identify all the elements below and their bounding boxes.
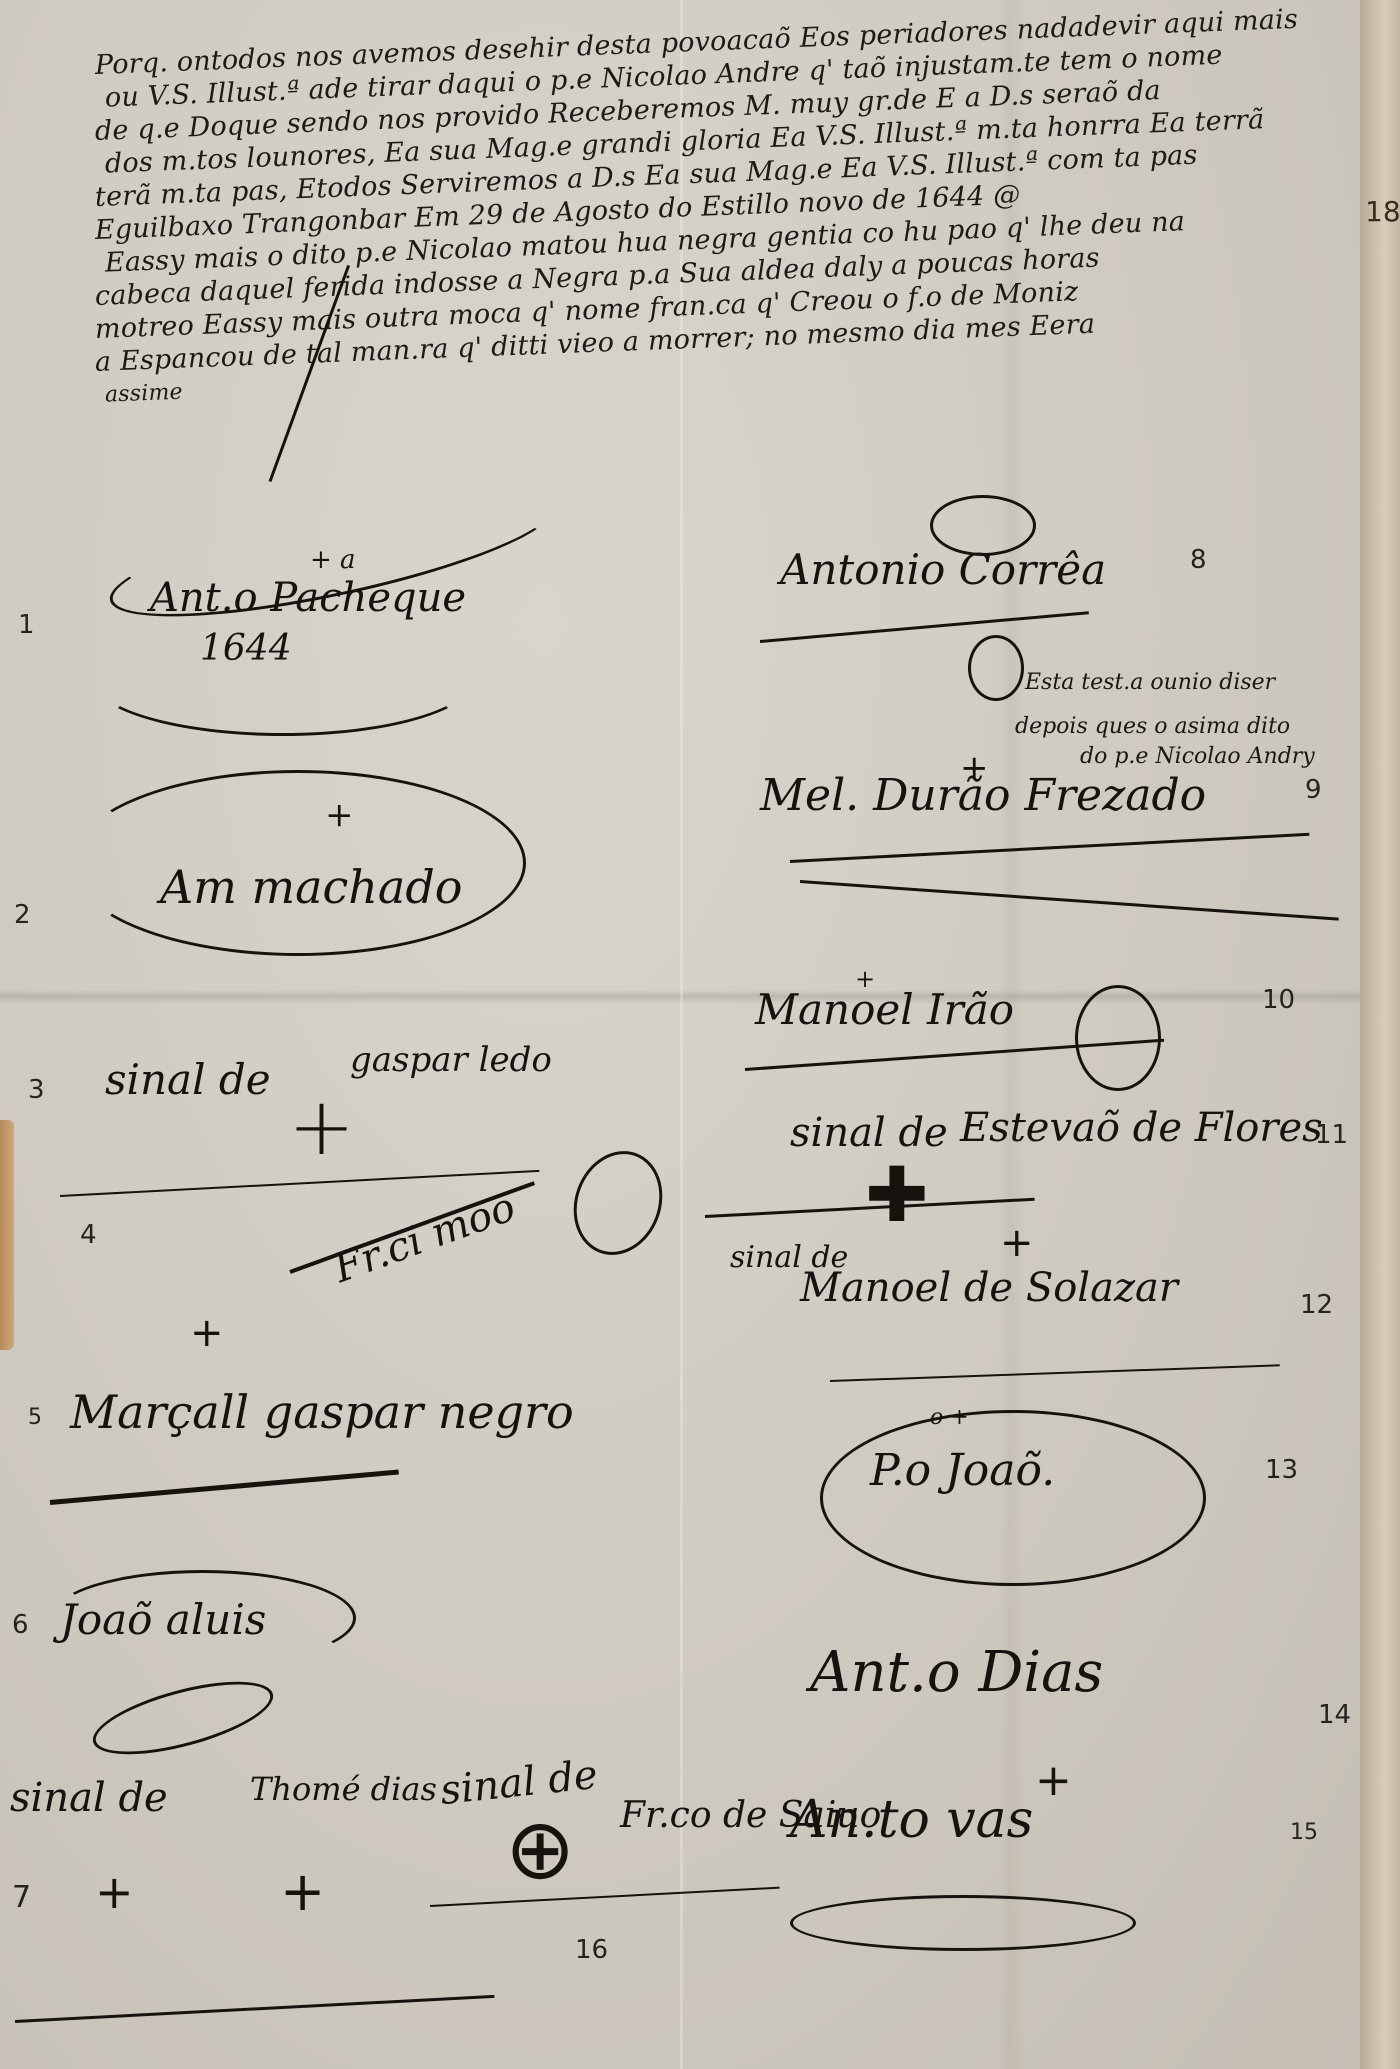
signature-name: Am machado bbox=[160, 860, 462, 914]
flourish-stroke bbox=[800, 880, 1339, 921]
signature-number: 5 bbox=[28, 1405, 42, 1430]
signature-superscript: + bbox=[325, 795, 354, 835]
signature-superscript: o + bbox=[930, 1405, 969, 1430]
seal-cross-mark: ⊕ bbox=[505, 1800, 575, 1898]
signature-name: Thomé dias bbox=[250, 1770, 437, 1808]
signature-number: 1 bbox=[18, 610, 35, 640]
cross-mark: + bbox=[95, 1865, 134, 1919]
cross-mark: + bbox=[280, 1860, 325, 1923]
flourish-stroke bbox=[760, 611, 1089, 643]
paper-stain bbox=[0, 1120, 14, 1350]
signature-underline bbox=[60, 1170, 539, 1197]
signature-underline bbox=[50, 1470, 399, 1505]
signature-prefix: sinal de bbox=[10, 1775, 168, 1821]
signature-number: 8 bbox=[1190, 545, 1207, 575]
signature-name: Fr.co de Saiuo bbox=[620, 1795, 881, 1836]
signature-name: Antonio Corrêa bbox=[780, 545, 1106, 594]
signature-number: 10 bbox=[1262, 985, 1295, 1015]
signature-number: 13 bbox=[1265, 1455, 1298, 1485]
signature-name: Manoel de Solazar bbox=[800, 1265, 1178, 1311]
signature-name: Estevaõ de Flores bbox=[960, 1105, 1323, 1151]
signature-number: 2 bbox=[14, 900, 31, 930]
paper-edge bbox=[1360, 0, 1400, 2069]
signature-prefix: sinal de bbox=[105, 1055, 271, 1104]
signature-number: 9 bbox=[1305, 775, 1322, 805]
side-note-line: Esta test.a ounio diser bbox=[1025, 668, 1275, 698]
signature-name: Manoel Irão bbox=[755, 985, 1014, 1034]
signature-name: Ant.o Pacheque bbox=[150, 575, 466, 621]
signature-underline bbox=[15, 1995, 494, 2023]
signature-number: 16 bbox=[575, 1935, 608, 1965]
signature-name: Mel. Durão Frezado bbox=[760, 770, 1206, 821]
signature-number: 11 bbox=[1315, 1120, 1348, 1150]
flourish-loop bbox=[790, 1895, 1136, 1951]
manuscript-body: Porq. ontodos nos avemos desehir desta p… bbox=[95, 50, 1355, 413]
signature-name: gaspar ledo bbox=[350, 1040, 552, 1080]
page-number: 18 bbox=[1365, 195, 1400, 228]
side-note-line: do p.e Nicolao Andry bbox=[1080, 742, 1315, 772]
flourish-loop bbox=[1075, 985, 1161, 1091]
flourish-loop bbox=[86, 1667, 280, 1769]
manuscript-page: Porq. ontodos nos avemos desehir desta p… bbox=[0, 0, 1360, 2069]
signature-name: Marçall gaspar negro bbox=[70, 1385, 574, 1439]
signature-number: 15 bbox=[1290, 1820, 1318, 1845]
signature-name: Joaõ aluis bbox=[60, 1595, 266, 1644]
flourish-loop bbox=[90, 620, 476, 736]
signature-underline bbox=[430, 1887, 780, 1907]
signature-superscript: + a bbox=[310, 545, 356, 575]
side-note-line: depois ques o asima dito bbox=[1015, 712, 1290, 742]
signature-number: 7 bbox=[12, 1880, 31, 1915]
signature-number: 14 bbox=[1318, 1700, 1351, 1730]
signature-number: 4 bbox=[80, 1220, 97, 1250]
cross-mark: + bbox=[190, 1310, 224, 1356]
signature-number: 3 bbox=[28, 1075, 45, 1105]
signature-name: Fr.ci moo bbox=[328, 1184, 522, 1292]
signature-name: P.o Joaõ. bbox=[870, 1445, 1055, 1496]
cross-mark: + bbox=[288, 1080, 355, 1173]
flourish-loop bbox=[968, 635, 1024, 701]
cross-mark: + bbox=[1000, 1220, 1034, 1266]
flourish-loop bbox=[820, 1410, 1206, 1586]
flourish-stroke bbox=[790, 833, 1309, 863]
signature-number: 6 bbox=[12, 1610, 29, 1640]
flourish-stroke bbox=[830, 1364, 1280, 1382]
signature-number: 12 bbox=[1300, 1290, 1333, 1320]
flourish-loop bbox=[559, 1138, 676, 1267]
signature-name: Ant.o Dias bbox=[810, 1640, 1103, 1705]
cross-mark: + bbox=[1035, 1755, 1072, 1806]
cross-mark: ✚ bbox=[865, 1150, 929, 1239]
